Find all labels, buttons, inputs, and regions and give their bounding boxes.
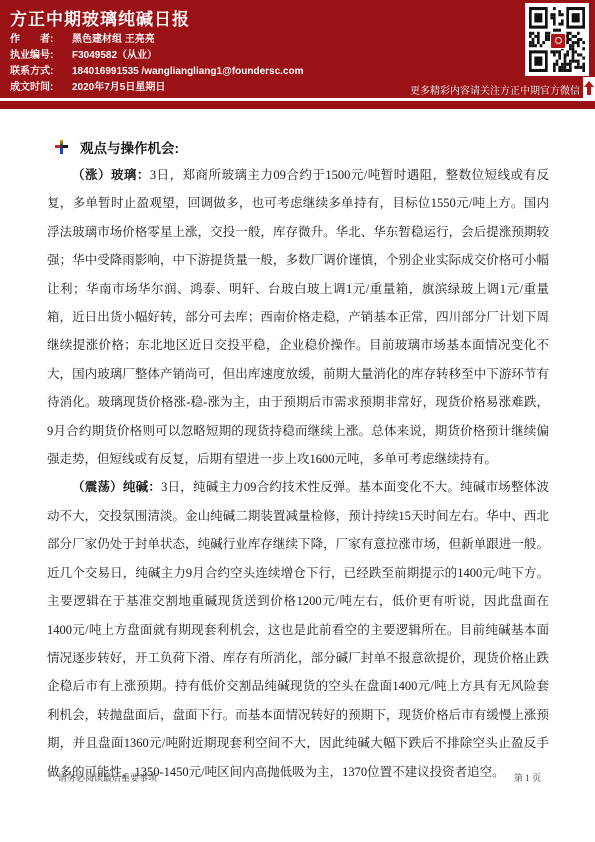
arrow-up-icon xyxy=(583,77,595,99)
report-page: 方正中期玻璃纯碱日报 作 者: 黑色建材组 王亮亮 执业编号: F3049582… xyxy=(0,0,595,842)
field-value: 2020年7月5日星期日 xyxy=(72,82,165,93)
license-row: 执业编号: F3049582（从业） xyxy=(10,48,304,64)
plus-bullet-icon xyxy=(55,140,68,154)
field-value: F3049582（从业） xyxy=(72,50,157,61)
page-number: 第 1 页 xyxy=(514,771,541,784)
author-row: 作 者: 黑色建材组 王亮亮 xyxy=(10,32,304,48)
paragraph-text: 3日，纯碱主力09合约技术性反弹。基本面变化不大。纯碱市场整体波动不大，交投氛围… xyxy=(47,480,549,778)
paragraph-text: 3日，郑商所玻璃主力09合约于1500元/吨暂时遇阻，整数位短线或有反复，多单暂… xyxy=(47,168,549,466)
paragraph-lead: （涨）玻璃： xyxy=(72,168,150,182)
report-title: 方正中期玻璃纯碱日报 xyxy=(10,5,190,30)
paragraph-soda-ash: （震荡）纯碱：3日，纯碱主力09合约技术性反弹。基本面变化不大。纯碱市场整体波动… xyxy=(47,473,549,785)
paragraph-glass: （涨）玻璃：3日，郑商所玻璃主力09合约于1500元/吨暂时遇阻，整数位短线或有… xyxy=(47,161,549,473)
report-body: （涨）玻璃：3日，郑商所玻璃主力09合约于1500元/吨暂时遇阻，整数位短线或有… xyxy=(47,161,549,786)
masthead: 方正中期玻璃纯碱日报 作 者: 黑色建材组 王亮亮 执业编号: F3049582… xyxy=(0,0,595,98)
qr-code-icon xyxy=(525,3,589,76)
field-label: 执业编号: xyxy=(10,48,72,64)
field-label: 作 者: xyxy=(10,32,72,48)
field-label: 联系方式: xyxy=(10,64,72,80)
paragraph-lead: （震荡）纯碱： xyxy=(72,480,161,494)
qr-center-logo-icon xyxy=(550,33,566,49)
field-value: 184016991535 /wangliangliang1@foundersc.… xyxy=(72,66,304,77)
wechat-caption: 更多精彩内容请关注方正中期官方微信 xyxy=(410,82,580,97)
contact-row: 联系方式: 184016991535 /wangliangliang1@foun… xyxy=(10,64,304,80)
date-row: 成文时间: 2020年7月5日星期日 xyxy=(10,80,304,96)
footer-disclaimer: 请务必阅读最后重要事项 xyxy=(58,771,157,784)
field-value: 黑色建材组 王亮亮 xyxy=(72,34,155,45)
section-heading: 观点与操作机会: xyxy=(55,137,179,157)
section-title: 观点与操作机会: xyxy=(80,137,179,157)
field-label: 成文时间: xyxy=(10,80,72,96)
author-info-block: 作 者: 黑色建材组 王亮亮 执业编号: F3049582（从业） 联系方式: … xyxy=(10,32,304,96)
header-divider xyxy=(0,101,595,109)
page-footer: 请务必阅读最后重要事项 第 1 页 xyxy=(58,771,541,784)
